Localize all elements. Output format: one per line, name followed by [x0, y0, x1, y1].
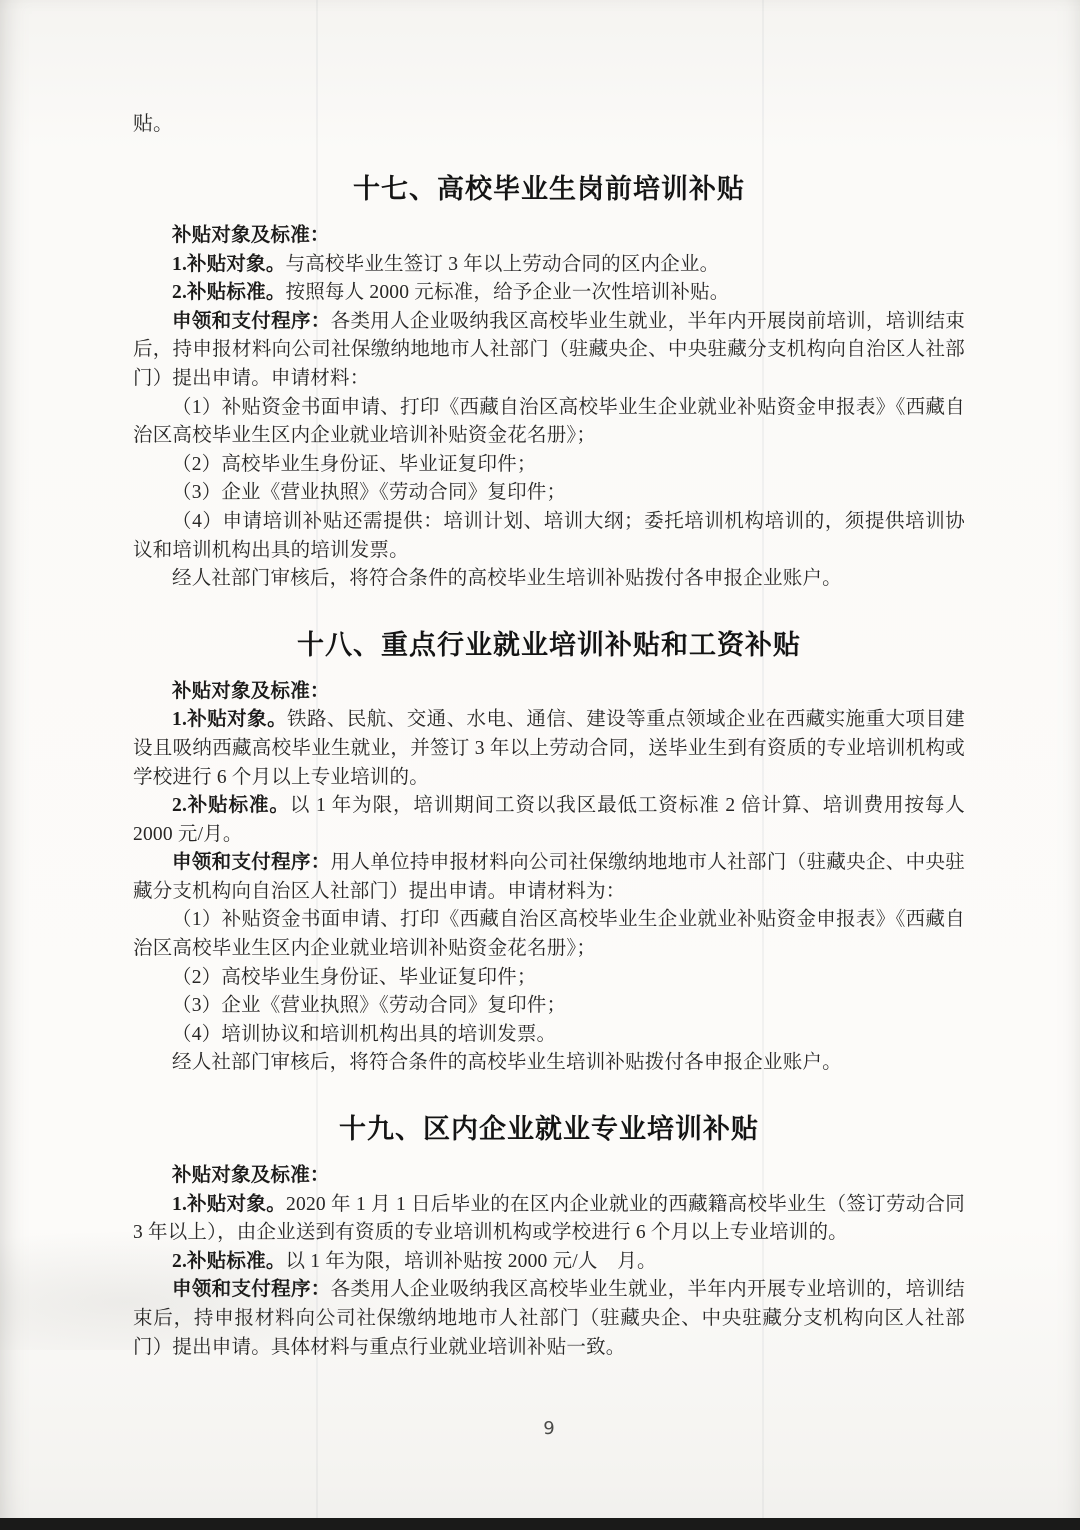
paragraph: （2）高校毕业生身份证、毕业证复印件；: [133, 451, 965, 480]
section-17: 十七、高校毕业生岗前培训补贴 补贴对象及标准： 1.补贴对象。与高校毕业生签订 …: [133, 172, 965, 594]
section-18-title: 十八、重点行业就业培训补贴和工资补贴: [133, 628, 965, 664]
paragraph: 1.补贴对象。铁路、民航、交通、水电、通信、建设等重点领域企业在西藏实施重大项目…: [133, 706, 965, 792]
paragraph: （3）企业《营业执照》《劳动合同》复印件；: [133, 992, 965, 1021]
section-18: 十八、重点行业就业培训补贴和工资补贴 补贴对象及标准： 1.补贴对象。铁路、民航…: [133, 628, 965, 1078]
paragraph-text: （1）补贴资金书面申请、打印《西藏自治区高校毕业生企业就业补贴资金申报表》《西藏…: [133, 909, 965, 959]
section-19: 十九、区内企业就业专业培训补贴 补贴对象及标准： 1.补贴对象。2020 年 1…: [133, 1112, 965, 1362]
paragraph-lead: 2.补贴标准。: [172, 1251, 286, 1272]
bottom-scan-bar: [0, 1518, 1080, 1530]
paragraph-text: （1）补贴资金书面申请、打印《西藏自治区高校毕业生企业就业补贴资金申报表》《西藏…: [133, 397, 965, 447]
paragraph: （1）补贴资金书面申请、打印《西藏自治区高校毕业生企业就业补贴资金申报表》《西藏…: [133, 394, 965, 451]
paragraph: （3）企业《营业执照》《劳动合同》复印件；: [133, 479, 965, 508]
paragraph: 2.补贴标准。以 1 年为限，培训期间工资以我区最低工资标准 2 倍计算、培训费…: [133, 792, 965, 849]
paragraph: （1）补贴资金书面申请、打印《西藏自治区高校毕业生企业就业补贴资金申报表》《西藏…: [133, 906, 965, 963]
document-page: 贴。 十七、高校毕业生岗前培训补贴 补贴对象及标准： 1.补贴对象。与高校毕业生…: [0, 0, 1080, 1530]
paragraph-lead: 补贴对象及标准：: [172, 225, 330, 246]
paragraph-lead: 1.补贴对象。: [172, 254, 286, 275]
paragraph-text: （4）申请培训补贴还需提供：培训计划、培训大纲；委托培训机构培训的，须提供培训协…: [133, 511, 965, 561]
paragraph: 2.补贴标准。以 1 年为限，培训补贴按 2000 元/人 月。: [133, 1248, 965, 1277]
paragraph-text: 按照每人 2000 元标准，给予企业一次性培训补贴。: [286, 282, 730, 303]
paragraph: 补贴对象及标准：: [133, 1162, 965, 1191]
paragraph-text: （2）高校毕业生身份证、毕业证复印件；: [172, 454, 537, 475]
paragraph-text: （2）高校毕业生身份证、毕业证复印件；: [172, 967, 537, 988]
paragraph: 2.补贴标准。按照每人 2000 元标准，给予企业一次性培训补贴。: [133, 279, 965, 308]
paragraph-lead: 2.补贴标准。: [172, 282, 286, 303]
paragraph-text: 以 1 年为限，培训补贴按 2000 元/人 月。: [286, 1251, 657, 1272]
page-number: 9: [133, 1418, 965, 1439]
paragraph-lead: 1.补贴对象。: [172, 1194, 286, 1215]
paragraph: 经人社部门审核后，将符合条件的高校毕业生培训补贴拨付各申报企业账户。: [133, 1049, 965, 1078]
paragraph: （4）培训协议和培训机构出具的培训发票。: [133, 1021, 965, 1050]
paragraph-text: （3）企业《营业执照》《劳动合同》复印件；: [172, 482, 566, 503]
paragraph-lead: 补贴对象及标准：: [172, 681, 330, 702]
paragraph-text: 经人社部门审核后，将符合条件的高校毕业生培训补贴拨付各申报企业账户。: [172, 568, 842, 589]
paragraph: 申领和支付程序：用人单位持申报材料向公司社保缴纳地地市人社部门（驻藏央企、中央驻…: [133, 849, 965, 906]
paragraph-text: 经人社部门审核后，将符合条件的高校毕业生培训补贴拨付各申报企业账户。: [172, 1052, 842, 1073]
paragraph-text: 与高校毕业生签订 3 年以上劳动合同的区内企业。: [286, 254, 720, 275]
paragraph: （4）申请培训补贴还需提供：培训计划、培训大纲；委托培训机构培训的，须提供培训协…: [133, 508, 965, 565]
paragraph: 1.补贴对象。与高校毕业生签订 3 年以上劳动合同的区内企业。: [133, 251, 965, 280]
carryover-text: 贴。: [133, 110, 965, 138]
paragraph-lead: 申领和支付程序：: [172, 311, 331, 332]
paragraph-lead: 申领和支付程序：: [172, 852, 331, 873]
paragraph: （2）高校毕业生身份证、毕业证复印件；: [133, 964, 965, 993]
section-17-title: 十七、高校毕业生岗前培训补贴: [133, 172, 965, 208]
section-19-title: 十九、区内企业就业专业培训补贴: [133, 1112, 965, 1148]
paragraph: 1.补贴对象。2020 年 1 月 1 日后毕业的在区内企业就业的西藏籍高校毕业…: [133, 1191, 965, 1248]
paragraph-text: （4）培训协议和培训机构出具的培训发票。: [172, 1024, 556, 1045]
paragraph-lead: 1.补贴对象。: [172, 709, 287, 730]
paragraph-text: （3）企业《营业执照》《劳动合同》复印件；: [172, 995, 566, 1016]
paragraph-lead: 补贴对象及标准：: [172, 1165, 330, 1186]
paragraph-lead: 2.补贴标准。: [172, 795, 290, 816]
paragraph-lead: 申领和支付程序：: [172, 1279, 331, 1300]
paragraph: 经人社部门审核后，将符合条件的高校毕业生培训补贴拨付各申报企业账户。: [133, 565, 965, 594]
paragraph: 补贴对象及标准：: [133, 678, 965, 707]
paragraph: 补贴对象及标准：: [133, 222, 965, 251]
page-content: 贴。 十七、高校毕业生岗前培训补贴 补贴对象及标准： 1.补贴对象。与高校毕业生…: [133, 110, 965, 1439]
paragraph: 申领和支付程序：各类用人企业吸纳我区高校毕业生就业，半年内开展专业培训的，培训结…: [133, 1276, 965, 1362]
paragraph: 申领和支付程序：各类用人企业吸纳我区高校毕业生就业，半年内开展岗前培训，培训结束…: [133, 308, 965, 394]
